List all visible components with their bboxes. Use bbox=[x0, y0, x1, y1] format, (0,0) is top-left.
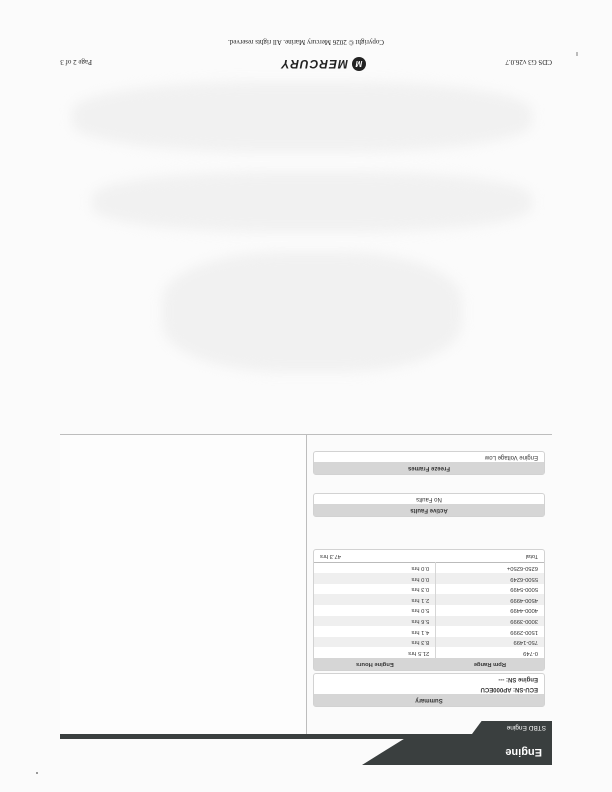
column-header-engine-hours: Engine Hours bbox=[314, 658, 436, 670]
freeze-frames-title: Freeze Frames bbox=[314, 462, 544, 474]
scan-artifact bbox=[576, 52, 578, 56]
engine-hours-table: Rpm Range Engine Hours 0-74921.5 hrs750-… bbox=[314, 550, 544, 670]
software-version: CDS G3 v26.0.7 bbox=[505, 58, 552, 66]
table-row: 5500-62490.0 hrs bbox=[314, 573, 544, 584]
freeze-frames-card: Freeze Frames Engine Voltage Low bbox=[313, 451, 545, 475]
total-label: Total bbox=[436, 550, 544, 562]
summary-title: Summary bbox=[314, 694, 544, 706]
engine-hours-cell: 21.5 hrs bbox=[314, 647, 436, 658]
brand-wordmark: MERCURY bbox=[281, 57, 348, 71]
table-row: 3000-39995.6 hrs bbox=[314, 616, 544, 627]
bleed-through-smudge bbox=[92, 172, 532, 232]
engine-tab-label: STBD Engine bbox=[507, 724, 546, 731]
engine-hours-cell: 0.0 hrs bbox=[314, 562, 436, 573]
scan-artifact bbox=[36, 772, 38, 774]
page-footer: CDS G3 v26.0.7 M MERCURY Page 2 of 3 Cop… bbox=[0, 20, 612, 80]
scanned-page: Engine STBD Engine Summary ECU-SN: AP000… bbox=[0, 0, 612, 792]
copyright: Copyright © 2026 Mercury Marine. All rig… bbox=[0, 38, 612, 46]
active-faults-title: Active Faults bbox=[314, 504, 544, 516]
engine-hours-cell: 2.1 hrs bbox=[314, 594, 436, 605]
active-faults-message: No Faults bbox=[314, 494, 544, 504]
total-value: 47.3 hrs bbox=[314, 550, 436, 562]
ecu-serial: ECU-SN: AP000ECU bbox=[314, 684, 544, 694]
rpm-range-cell: 0-749 bbox=[436, 647, 544, 658]
table-row: 0-74921.5 hrs bbox=[314, 647, 544, 658]
engine-serial: Engine SN: --- bbox=[314, 674, 544, 684]
engine-hours-cell: 0.0 hrs bbox=[314, 573, 436, 584]
empty-panel bbox=[60, 434, 306, 734]
page-number: Page 2 of 3 bbox=[60, 58, 92, 66]
rpm-range-cell: 4000-4499 bbox=[436, 605, 544, 616]
table-row: 750-14998.3 hrs bbox=[314, 637, 544, 648]
header-rule bbox=[60, 734, 552, 739]
rpm-range-cell: 750-1499 bbox=[436, 637, 544, 648]
engine-hours-cell: 5.6 hrs bbox=[314, 616, 436, 627]
total-row: Total47.3 hrs bbox=[314, 550, 544, 562]
section-tab-engine: Engine bbox=[362, 739, 552, 765]
engine-hours-cell: 8.3 hrs bbox=[314, 637, 436, 648]
rpm-range-cell: 6250-6250+ bbox=[436, 562, 544, 573]
engine-hours-cell: 4.1 hrs bbox=[314, 626, 436, 637]
rpm-range-cell: 5000-5499 bbox=[436, 584, 544, 595]
column-header-rpm-range: Rpm Range bbox=[436, 658, 544, 670]
freeze-frame-item: Engine Voltage Low bbox=[314, 452, 544, 462]
table-row: 5000-54990.3 hrs bbox=[314, 584, 544, 595]
table-row: 6250-6250+0.0 hrs bbox=[314, 562, 544, 573]
mercury-logo: M MERCURY bbox=[281, 57, 366, 71]
bleed-through-smudge bbox=[162, 252, 462, 372]
mercury-emblem-icon: M bbox=[352, 57, 366, 71]
engine-hours-table-card: Rpm Range Engine Hours 0-74921.5 hrs750-… bbox=[313, 549, 545, 671]
section-tab-label: Engine bbox=[505, 746, 542, 758]
table-row: 4000-44995.0 hrs bbox=[314, 605, 544, 616]
engine-tab-stbd: STBD Engine bbox=[472, 721, 552, 734]
rpm-range-cell: 4500-4999 bbox=[436, 594, 544, 605]
summary-card: Summary ECU-SN: AP000ECU Engine SN: --- bbox=[313, 673, 545, 707]
rpm-range-cell: 5500-6249 bbox=[436, 573, 544, 584]
rpm-range-cell: 1500-2999 bbox=[436, 626, 544, 637]
bleed-through-smudge bbox=[72, 82, 532, 152]
table-row: 4500-49992.1 hrs bbox=[314, 594, 544, 605]
active-faults-card: Active Faults No Faults bbox=[313, 493, 545, 517]
table-row: 1500-29994.1 hrs bbox=[314, 626, 544, 637]
engine-hours-cell: 0.3 hrs bbox=[314, 584, 436, 595]
engine-hours-cell: 5.0 hrs bbox=[314, 605, 436, 616]
rpm-range-cell: 3000-3999 bbox=[436, 616, 544, 627]
